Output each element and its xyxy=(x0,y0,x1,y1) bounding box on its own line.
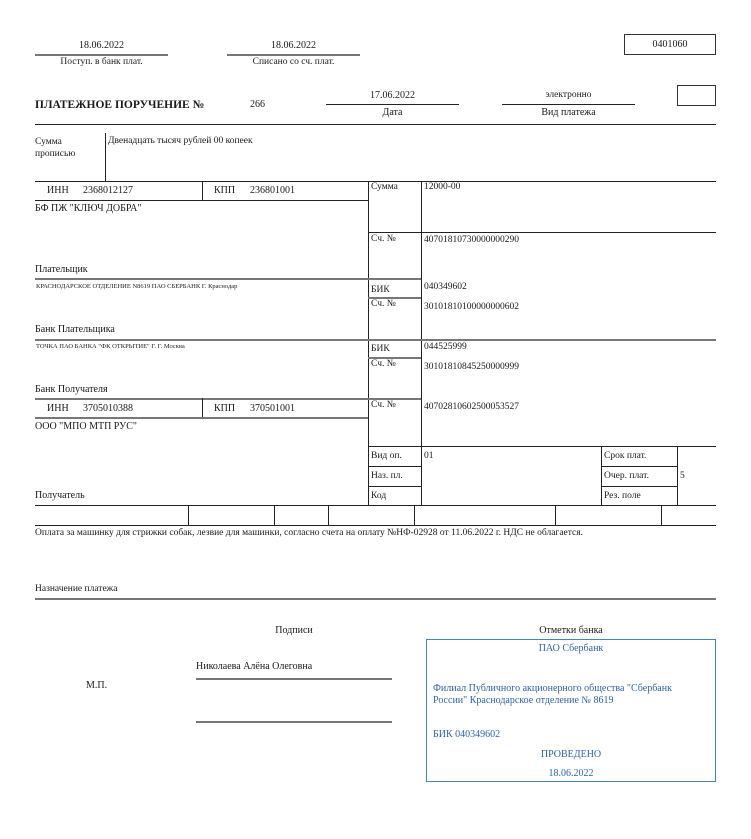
bank-marks-title: Отметки банка xyxy=(426,625,716,636)
stamp-status: ПРОВЕДЕНО xyxy=(427,749,715,760)
purpose-code-label: Наз. пл. xyxy=(371,471,403,481)
payment-type-label: Вид платежа xyxy=(502,107,635,118)
grid-line xyxy=(35,278,421,280)
stamp-place: М.П. xyxy=(86,680,107,691)
payer-label: Плательщик xyxy=(35,264,88,275)
payer-inn-label: ИНН xyxy=(47,185,69,196)
amount-label: Сумма xyxy=(371,182,398,192)
grid-line xyxy=(555,505,556,525)
grid-line xyxy=(421,181,422,505)
payee-inn: 3705010388 xyxy=(83,403,133,414)
payee-inn-label: ИНН xyxy=(47,403,69,414)
payer-kpp-label: КПП xyxy=(214,185,235,196)
payment-type: электронно xyxy=(502,90,635,100)
grid-line xyxy=(188,505,189,525)
bank-stamp: ПАО Сбербанк Филиал Публичного акционерн… xyxy=(426,639,716,782)
payee-account-label: Сч. № xyxy=(371,400,396,410)
payer-bank-label: Банк Плательщика xyxy=(35,324,115,335)
grid-line xyxy=(368,181,369,505)
grid-line xyxy=(35,339,716,341)
grid-line xyxy=(601,466,677,467)
document-date: 17.06.2022 xyxy=(326,90,459,101)
grid-line xyxy=(368,466,421,467)
payer-account: 40701810730000000290 xyxy=(424,235,519,245)
payer-bank-bik-label: БИК xyxy=(371,285,390,295)
payer-account-label: Сч. № xyxy=(371,234,396,244)
received-date-line xyxy=(35,54,168,56)
signature-line-1 xyxy=(196,678,392,680)
payer-kpp: 236801001 xyxy=(250,185,295,196)
document-number: 266 xyxy=(250,99,265,110)
payee-kpp-label: КПП xyxy=(214,403,235,414)
payer-bank-account: 30101810100000000602 xyxy=(424,302,519,312)
grid-line xyxy=(202,181,203,201)
grid-line xyxy=(328,505,329,525)
grid-line xyxy=(661,505,662,525)
code-label: Код xyxy=(371,491,386,501)
payee-name: ООО "МПО МТП РУС" xyxy=(35,421,137,432)
debited-date-label: Списано со сч. плат. xyxy=(227,57,360,67)
payer-inn: 2368012127 xyxy=(83,185,133,196)
form-code-box: 0401060 xyxy=(624,34,716,55)
grid-line xyxy=(677,446,678,505)
payment-type-line xyxy=(502,104,635,105)
amount-value: 12000-00 xyxy=(424,182,460,192)
stamp-bank-name: ПАО Сбербанк xyxy=(427,643,715,654)
stamp-bik: БИК 040349602 xyxy=(433,729,500,740)
grid-line xyxy=(368,446,716,447)
grid-line xyxy=(35,505,716,506)
payee-bank-account: 30101810845250000999 xyxy=(424,362,519,372)
due-label: Срок плат. xyxy=(604,451,646,461)
payee-label: Получатель xyxy=(35,490,85,501)
payee-bank-account-label: Сч. № xyxy=(371,359,396,369)
stamp-branch: Филиал Публичного акционерного общества … xyxy=(433,683,708,707)
grid-line xyxy=(35,200,368,201)
op-type-label: Вид оп. xyxy=(371,451,402,461)
grid-line xyxy=(414,505,415,525)
payee-bank-bik-label: БИК xyxy=(371,344,390,354)
document-date-label: Дата xyxy=(326,107,459,118)
received-date-label: Поступ. в банк плат. xyxy=(35,57,168,67)
form-code: 0401060 xyxy=(653,39,688,50)
divider-top xyxy=(35,124,716,125)
payer-name: БФ ПЖ "КЛЮЧ ДОБРА" xyxy=(35,203,141,214)
payer-bank-account-label: Сч. № xyxy=(371,299,396,309)
debited-date-line xyxy=(227,54,360,56)
stamp-date: 18.06.2022 xyxy=(427,768,715,779)
grid-line xyxy=(274,505,275,525)
grid-line xyxy=(202,398,203,418)
amount-words-label: Сумма прописью xyxy=(35,136,75,160)
signer-name: Николаева Алёна Олеговна xyxy=(196,661,312,672)
payer-bank-bik: 040349602 xyxy=(424,282,467,292)
debited-date: 18.06.2022 xyxy=(227,40,360,51)
reserve-label: Рез. поле xyxy=(604,491,641,501)
payee-kpp: 370501001 xyxy=(250,403,295,414)
page-title: ПЛАТЕЖНОЕ ПОРУЧЕНИЕ № xyxy=(35,99,204,111)
grid-line xyxy=(368,232,716,233)
payee-bank-name: ТОЧКА ПАО БАНКА "ФК ОТКРЫТИЕ" Г. Г. Моск… xyxy=(36,343,185,350)
received-date: 18.06.2022 xyxy=(35,40,168,51)
grid-line xyxy=(35,525,716,526)
grid-line xyxy=(35,398,421,400)
status-box xyxy=(677,85,716,106)
priority-label: Очер. плат. xyxy=(604,471,649,481)
payer-bank-name: КРАСНОДАРСКОЕ ОТДЕЛЕНИЕ N8619 ПАО СБЕРБА… xyxy=(36,283,237,290)
op-type: 01 xyxy=(424,451,434,461)
grid-line xyxy=(601,446,602,505)
grid-line xyxy=(601,486,677,487)
document-date-line xyxy=(326,104,459,105)
priority-value: 5 xyxy=(680,471,685,481)
payee-bank-bik: 044525999 xyxy=(424,342,467,352)
payee-account: 40702810602500053527 xyxy=(424,402,519,412)
purpose-text: Оплата за машинку для стрижки собак, лез… xyxy=(35,528,716,538)
payee-bank-label: Банк Получателя xyxy=(35,384,108,395)
grid-line xyxy=(35,417,368,419)
signatures-title: Подписи xyxy=(196,625,392,636)
signature-line-2 xyxy=(196,721,392,723)
amount-words-separator xyxy=(105,133,106,181)
purpose-divider xyxy=(35,598,716,600)
amount-words-value: Двенадцать тысяч рублей 00 копеек xyxy=(108,136,253,146)
purpose-label: Назначение платежа xyxy=(35,584,117,594)
grid-line xyxy=(368,486,421,487)
